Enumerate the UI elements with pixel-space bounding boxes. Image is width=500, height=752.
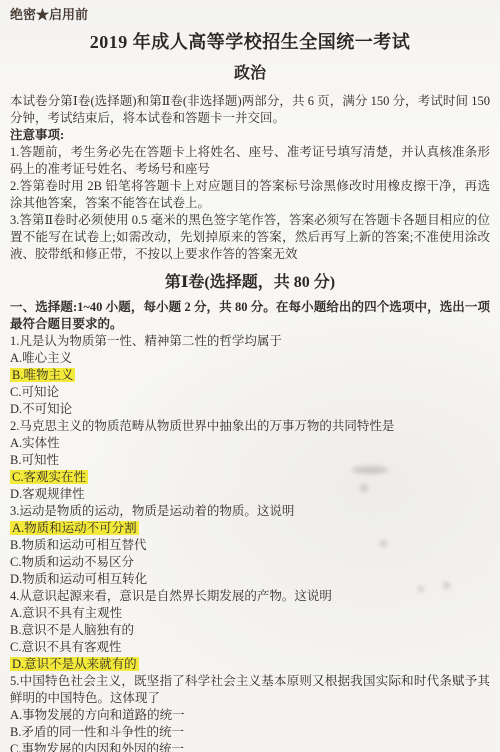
section-instructions: 一、选择题:1~40 小题，每小题 2 分，共 80 分。在每小题给出的四个选项… [10,299,490,333]
option-text: D.不可知论 [10,402,72,416]
option-row: C.客观实在性 [10,469,490,486]
option-row: C.物质和运动不易区分 [10,554,490,571]
option-text: D.客观规律性 [10,487,85,501]
question-stem: 2.马克思主义的物质范畴从物质世界中抽象出的万事万物的共同特性是 [10,418,490,435]
highlighted-option-text: A.物质和运动不可分割 [10,521,139,535]
option-row: D.客观规律性 [10,486,490,503]
question-block: 1.凡是认为物质第一性、精神第二性的哲学均属于A.唯心主义B.唯物主义C.可知论… [10,333,490,418]
option-row: A.实体性 [10,435,490,452]
question-block: 4.从意识起源来看，意识是自然界长期发展的产物。这说明A.意识不具有主观性B.意… [10,588,490,673]
notes-list: 1.答题前，考生务必先在答题卡上将姓名、座号、准考证号填写清楚，并认真核准条形码… [10,144,490,263]
option-text: A.唯心主义 [10,351,72,365]
option-row: C.可知论 [10,384,490,401]
section-title: 第Ⅰ卷(选择题，共 80 分) [10,272,490,293]
option-text: C.意识不具有客观性 [10,640,121,654]
option-row: A.意识不具有主观性 [10,605,490,622]
exam-title: 2019 年成人高等学校招生全国统一考试 [10,30,490,54]
option-text: C.可知论 [10,385,59,399]
question-stem: 1.凡是认为物质第一性、精神第二性的哲学均属于 [10,333,490,350]
intro-paragraph: 本试卷分第Ⅰ卷(选择题)和第Ⅱ卷(非选择题)两部分，共 6 页，满分 150 分… [10,93,490,127]
option-text: C.物质和运动不易区分 [10,555,134,569]
option-text: A.事物发展的方向和道路的统一 [10,708,185,722]
classification-label: 绝密★启用前 [10,6,490,23]
option-row: B.可知性 [10,452,490,469]
option-row: A.唯心主义 [10,350,490,367]
exam-subject: 政治 [10,63,490,85]
note-item: 2.答第卷时用 2B 铅笔将答题卡上对应题目的答案标号涂黑修改时用橡皮擦干净，再… [10,178,490,212]
highlighted-option-text: C.客观实在性 [10,470,88,484]
question-stem: 4.从意识起源来看，意识是自然界长期发展的产物。这说明 [10,588,490,605]
highlighted-option-text: B.唯物主义 [10,368,75,382]
note-item: 1.答题前，考生务必先在答题卡上将姓名、座号、准考证号填写清楚，并认真核准条形码… [10,144,490,178]
option-text: B.意识不是人脑独有的 [10,623,134,637]
option-row: D.意识不是从来就有的 [10,656,490,673]
option-row: D.不可知论 [10,401,490,418]
highlighted-option-text: D.意识不是从来就有的 [10,657,139,671]
question-block: 5.中国特色社会主义，既坚指了科学社会主义基本原则又根据我国实际和时代条赋予其鲜… [10,673,490,752]
notes-heading: 注意事项: [10,127,490,144]
note-item: 3.答第Ⅱ卷时必须使用 0.5 毫米的黑色签字笔作答，答案必须写在答题卡各题目相… [10,212,490,263]
question-list: 1.凡是认为物质第一性、精神第二性的哲学均属于A.唯心主义B.唯物主义C.可知论… [10,333,490,752]
option-row: C.意识不具有客观性 [10,639,490,656]
option-text: A.实体性 [10,436,60,450]
option-row: B.意识不是人脑独有的 [10,622,490,639]
question-block: 2.马克思主义的物质范畴从物质世界中抽象出的万事万物的共同特性是A.实体性B.可… [10,418,490,503]
option-text: B.物质和运动可相互替代 [10,538,146,552]
question-stem: 3.运动是物质的运动，物质是运动着的物质。这说明 [10,503,490,520]
option-row: B.矛盾的同一性和斗争性的统一 [10,724,490,741]
option-row: A.物质和运动不可分割 [10,520,490,537]
option-row: B.唯物主义 [10,367,490,384]
option-text: D.物质和运动可相互转化 [10,572,147,586]
option-text: B.可知性 [10,453,59,467]
option-row: A.事物发展的方向和道路的统一 [10,707,490,724]
question-block: 3.运动是物质的运动，物质是运动着的物质。这说明A.物质和运动不可分割B.物质和… [10,503,490,588]
question-stem: 5.中国特色社会主义，既坚指了科学社会主义基本原则又根据我国实际和时代条赋予其鲜… [10,673,490,707]
option-row: C.事物发展的内因和外因的统一 [10,741,490,752]
option-text: A.意识不具有主观性 [10,606,122,620]
exam-paper-page: 绝密★启用前 2019 年成人高等学校招生全国统一考试 政治 本试卷分第Ⅰ卷(选… [0,0,500,752]
option-text: C.事物发展的内因和外因的统一 [10,742,184,752]
option-row: B.物质和运动可相互替代 [10,537,490,554]
option-text: B.矛盾的同一性和斗争性的统一 [10,725,184,739]
option-row: D.物质和运动可相互转化 [10,571,490,588]
